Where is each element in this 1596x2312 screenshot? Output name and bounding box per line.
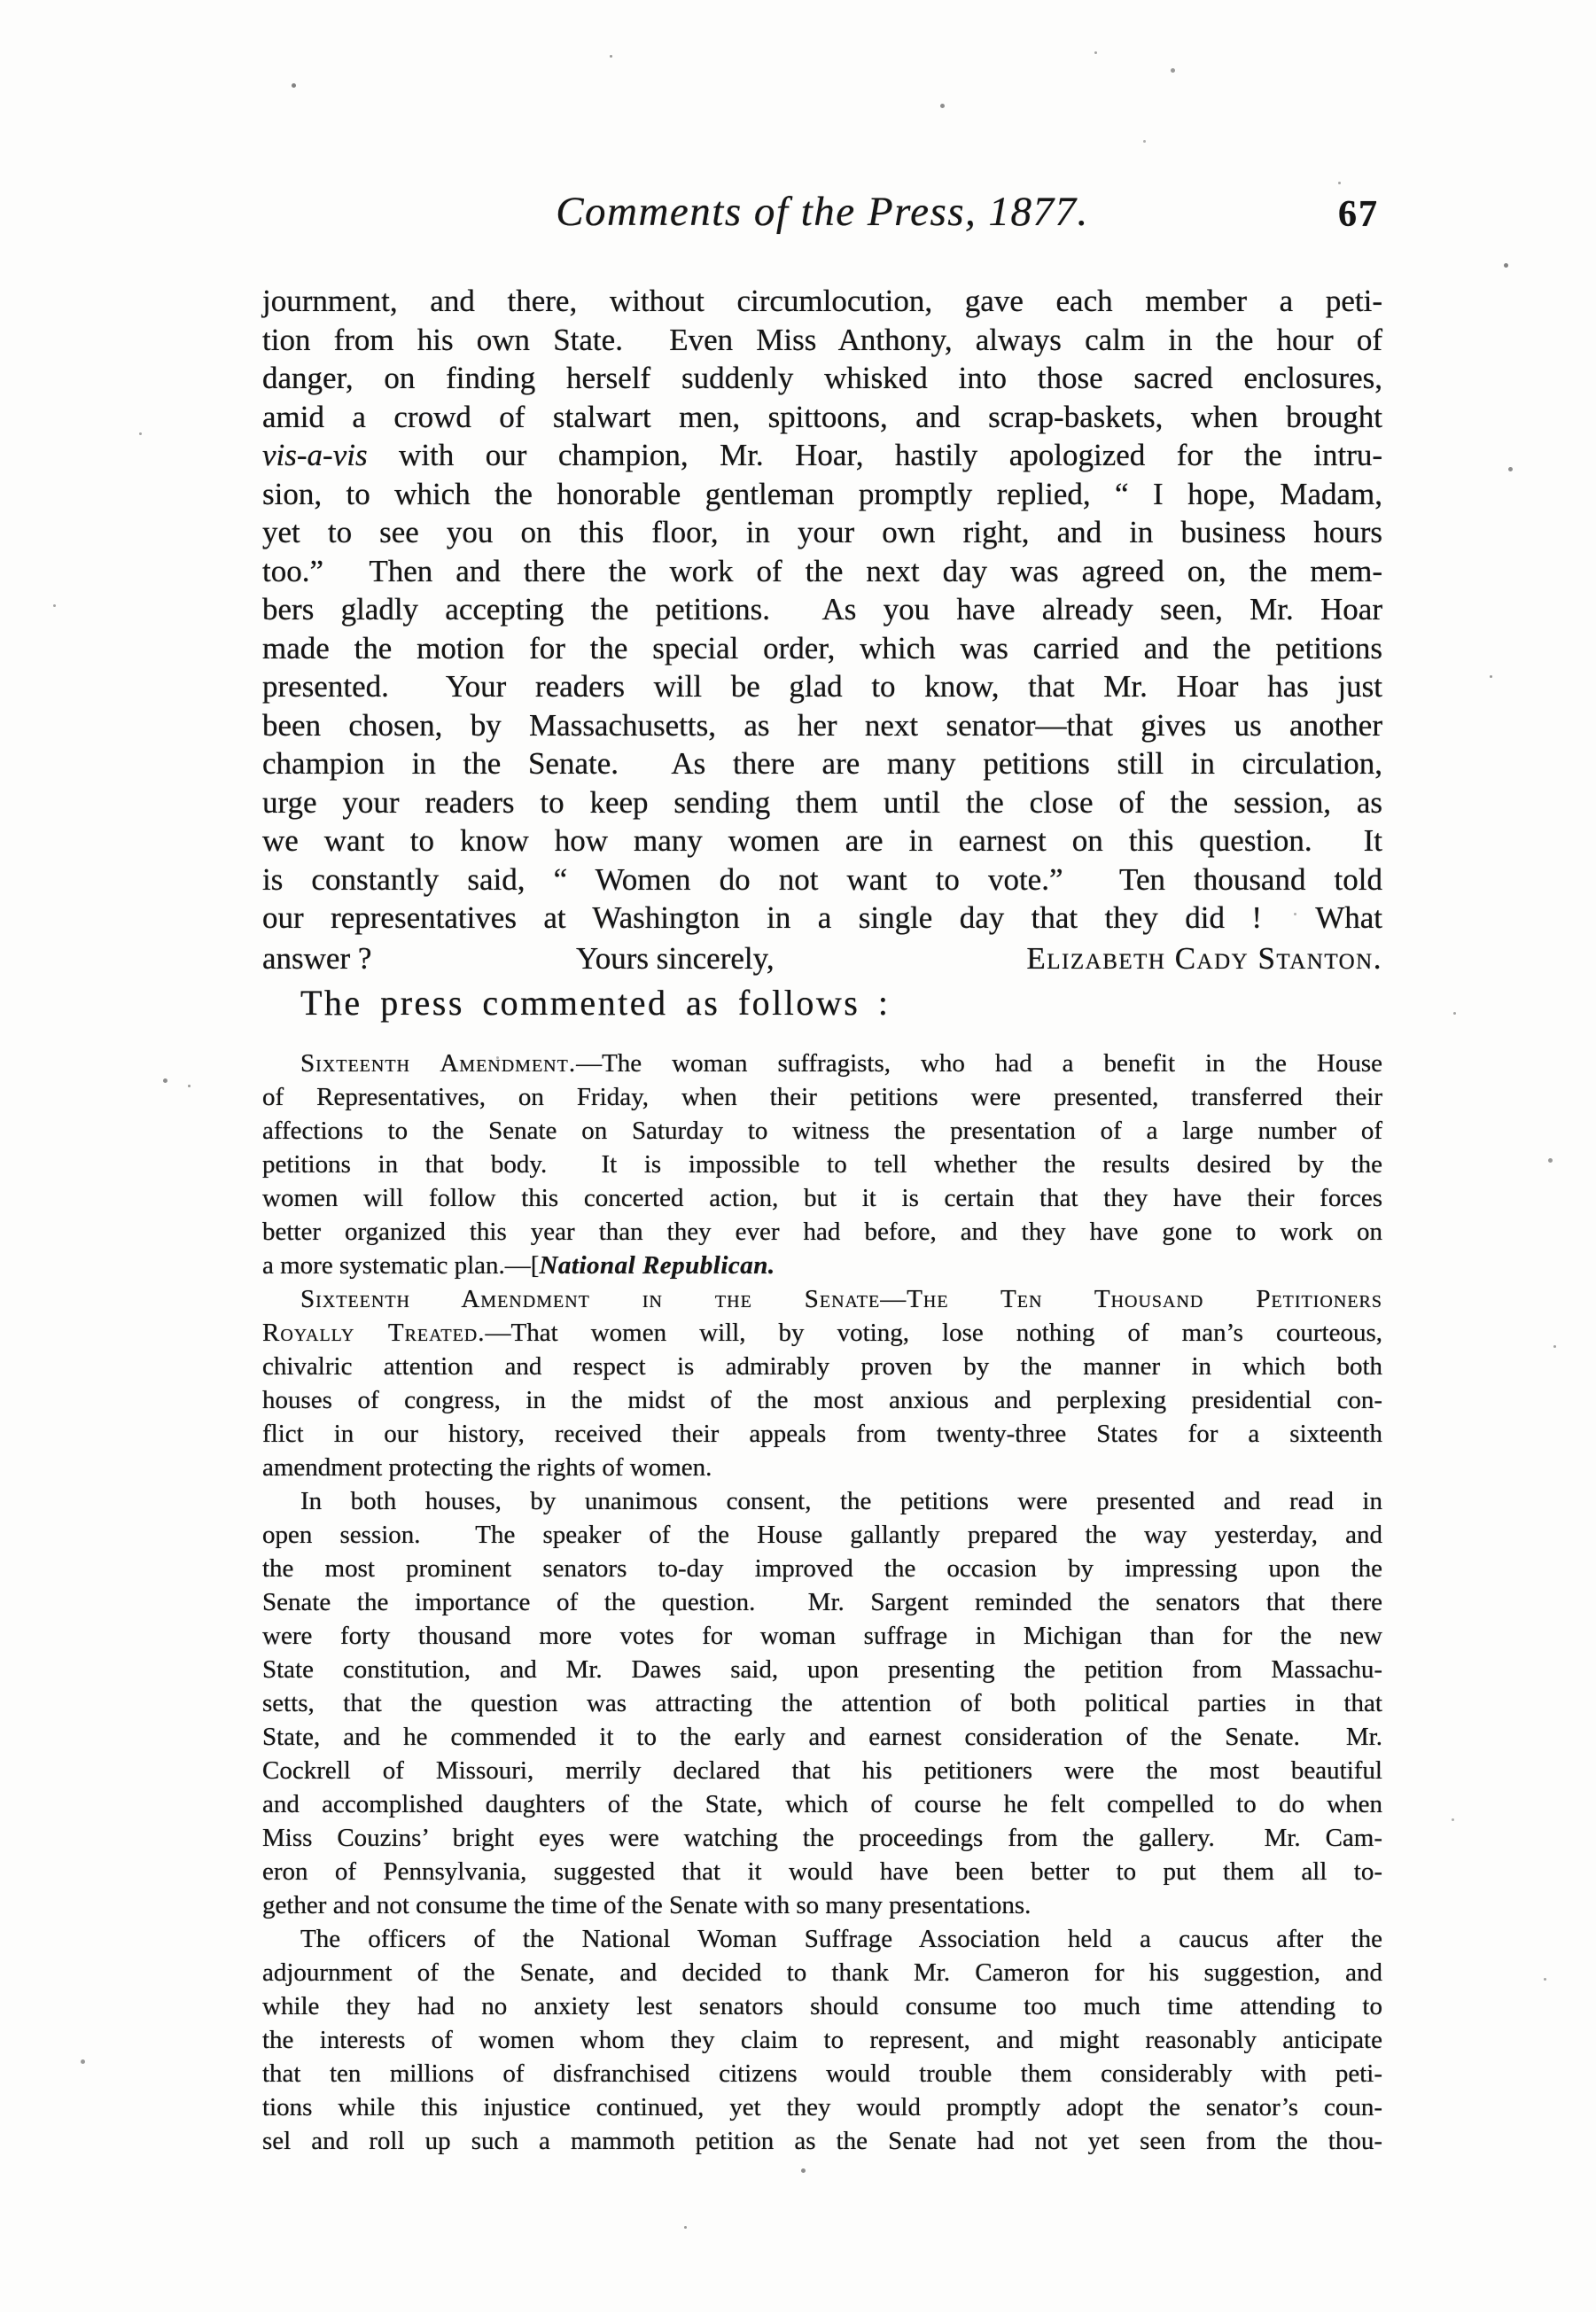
text-line: urge your readers to keep sending them u…: [262, 783, 1382, 822]
text-line: and accomplished daughters of the State,…: [262, 1787, 1382, 1821]
press-paragraph-national-republican: Sixteenth Amendment.—The woman suffragis…: [262, 1047, 1382, 1282]
text-line: a more systematic plan.—[National Republ…: [262, 1249, 1382, 1282]
text-line: while they had no anxiety lest senators …: [262, 1989, 1382, 2023]
text-segment: Sixteenth Amendment in the Senate—The Te…: [300, 1285, 1382, 1313]
text-line: gether and not consume the time of the S…: [262, 1888, 1382, 1922]
text-line: too.” Then and there the work of the nex…: [262, 552, 1382, 591]
press-paragraph-both-houses: In both houses, by unanimous consent, th…: [262, 1484, 1382, 1922]
text-line: were forty thousand more votes for woman…: [262, 1619, 1382, 1653]
text-line: tion from his own State. Even Miss Antho…: [262, 321, 1382, 360]
text-line: the interests of women whom they claim t…: [262, 2023, 1382, 2057]
letter-signature: answer ? Yours sincerely, Elizabeth Cady…: [262, 939, 1382, 978]
text-line: Sixteenth Amendment.—The woman suffragis…: [262, 1047, 1382, 1080]
text-line: affections to the Senate on Saturday to …: [262, 1114, 1382, 1148]
text-line: our representatives at Washington in a s…: [262, 899, 1382, 938]
text-line: vis-a-vis with our champion, Mr. Hoar, h…: [262, 436, 1382, 475]
page-title: Comments of the Press, 1877.: [556, 188, 1089, 236]
text-line: open session. The speaker of the House g…: [262, 1518, 1382, 1552]
text-segment: National Republican.: [539, 1251, 775, 1280]
letter-body: journment, and there, without circumlocu…: [262, 282, 1382, 938]
text-line: better organized this year than they eve…: [262, 1215, 1382, 1249]
text-line: houses of congress, in the midst of the …: [262, 1383, 1382, 1417]
text-line: of Representatives, on Friday, when thei…: [262, 1080, 1382, 1114]
text-line: sion, to which the honorable gentleman p…: [262, 475, 1382, 514]
text-line: danger, on finding herself suddenly whis…: [262, 359, 1382, 398]
text-segment: a more systematic plan.—[: [262, 1251, 539, 1280]
text-line: State, and he commended it to the early …: [262, 1720, 1382, 1754]
text-line: State constitution, and Mr. Dawes said, …: [262, 1653, 1382, 1686]
press-comments-section: Sixteenth Amendment.—The woman suffragis…: [262, 1047, 1382, 2158]
text-line: champion in the Senate. As there are man…: [262, 744, 1382, 783]
text-line: sel and roll up such a mammoth petition …: [262, 2124, 1382, 2158]
text-line: women will follow this concerted action,…: [262, 1181, 1382, 1215]
text-line: adjournment of the Senate, and decided t…: [262, 1956, 1382, 1989]
text-line: been chosen, by Massachusetts, as her ne…: [262, 706, 1382, 745]
running-header: Comments of the Press, 1877. 67: [262, 188, 1382, 252]
text-line: that ten millions of disfranchised citiz…: [262, 2057, 1382, 2090]
text-line: flict in our history, received their app…: [262, 1417, 1382, 1451]
press-paragraph-nwsa-caucus: The officers of the National Woman Suffr…: [262, 1922, 1382, 2158]
text-line: The officers of the National Woman Suffr…: [262, 1922, 1382, 1956]
signature-name: Elizabeth Cady Stanton.: [1026, 939, 1382, 978]
text-line: presented. Your readers will be glad to …: [262, 667, 1382, 706]
text-line: In both houses, by unanimous consent, th…: [262, 1484, 1382, 1518]
text-segment: Sixteenth Amendment.: [300, 1049, 576, 1078]
signature-closing: Yours sincerely,: [576, 939, 775, 978]
text-line: amid a crowd of stalwart men, spittoons,…: [262, 398, 1382, 437]
text-line: the most prominent senators to-day impro…: [262, 1552, 1382, 1585]
text-line: amendment protecting the rights of women…: [262, 1451, 1382, 1484]
text-line: Miss Couzins’ bright eyes were watching …: [262, 1821, 1382, 1855]
text-line: yet to see you on this floor, in your ow…: [262, 513, 1382, 552]
text-segment: vis-a-vis: [262, 438, 368, 472]
text-line: journment, and there, without circumlocu…: [262, 282, 1382, 321]
text-line: bers gladly accepting the petitions. As …: [262, 590, 1382, 629]
text-line: chivalric attention and respect is admir…: [262, 1350, 1382, 1383]
press-intro: The press commented as follows :: [262, 982, 1382, 1024]
text-line: Cockrell of Missouri, merrily declared t…: [262, 1754, 1382, 1787]
scan-noise: [0, 0, 3, 3]
text-line: is constantly said, “ Women do not want …: [262, 860, 1382, 899]
text-segment: —The woman suffragists, who had a benefi…: [576, 1049, 1382, 1078]
text-segment: —That women will, by voting, lose nothin…: [486, 1319, 1383, 1347]
text-segment: with our champion, Mr. Hoar, hastily apo…: [368, 438, 1382, 472]
text-line: made the motion for the special order, w…: [262, 629, 1382, 668]
signature-answer: answer ?: [262, 939, 371, 978]
text-line: petitions in that body. It is impossible…: [262, 1148, 1382, 1181]
page-number: 67: [1338, 193, 1379, 236]
text-line: Senate the importance of the question. M…: [262, 1585, 1382, 1619]
press-paragraph-senate-headline: Sixteenth Amendment in the Senate—The Te…: [262, 1282, 1382, 1484]
text-line: Sixteenth Amendment in the Senate—The Te…: [262, 1282, 1382, 1316]
text-line: we want to know how many women are in ea…: [262, 821, 1382, 860]
text-line: eron of Pennsylvania, suggested that it …: [262, 1855, 1382, 1888]
text-line: setts, that the question was attracting …: [262, 1686, 1382, 1720]
book-page: Comments of the Press, 1877. 67 journmen…: [0, 0, 1596, 2312]
text-segment: Royally Treated.: [262, 1319, 486, 1347]
text-line: Royally Treated.—That women will, by vot…: [262, 1316, 1382, 1350]
letter-section: journment, and there, without circumlocu…: [262, 282, 1382, 978]
text-line: tions while this injustice continued, ye…: [262, 2090, 1382, 2124]
